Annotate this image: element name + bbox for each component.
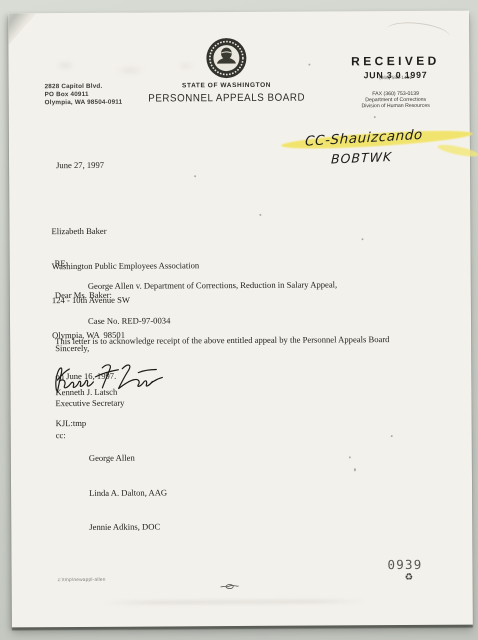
letter-paper: 2828 Capitol Blvd. PO Box 40911 Olympia,… [8,11,473,628]
letterhead-board-name: PERSONNEL APPEALS BOARD [115,91,338,104]
recipient-line: Elizabeth Baker [51,225,199,237]
scan-speck [354,468,356,471]
letterhead-state-line: STATE OF WASHINGTON [107,81,347,89]
received-stamp-title: RECEIVED [329,54,461,69]
recycle-icon: ♻ [405,572,414,583]
footer-file-path: z:\tmp\newappl-allen [58,578,106,583]
scan-streak-bottom [102,599,367,605]
salutation: Dear Ms. Baker: [55,290,112,302]
letterhead-title-block: STATE OF WASHINGTON PERSONNEL APPEALS BO… [107,81,347,104]
scan-smudge-mark [220,578,240,596]
signer-title: Executive Secretary [55,398,124,410]
washington-state-seal-icon [205,37,247,79]
scan-speck [349,456,351,458]
cc-name: Linda A. Dalton, AAG [89,487,167,499]
yellow-highlighter-tail [437,143,478,159]
received-stamp-division: Division of Human Resources [330,103,462,110]
scan-speck [374,116,376,118]
received-stamp: RECEIVED (360) 586-1481 JUN 3 0 1997 FAX… [329,54,461,55]
scanned-letter-page: 2828 Capitol Blvd. PO Box 40911 Olympia,… [0,0,478,640]
letter-date: June 27, 1997 [56,160,104,172]
cc-label: cc: [56,430,66,442]
re-subject-line1: George Allen v. Department of Correction… [88,279,337,292]
scan-speck [259,214,261,216]
scan-speck [362,238,364,240]
scan-speck [391,435,393,437]
re-label: RE: [55,258,68,270]
typist-reference: KJL:tmp [56,418,87,430]
body-line1: This letter is to acknowledge receipt of… [55,334,389,348]
document-number-stamp: 0939 [387,557,422,572]
paper-crease [385,19,451,47]
received-stamp-date: JUN 3 0 1997 [329,70,461,81]
scan-smudge-top [28,54,213,81]
scan-speck [308,64,310,66]
cc-name: Jennie Adkins, DOC [89,521,167,533]
scan-speck [194,175,196,177]
closing: Sincerely, [55,343,89,355]
cc-list: George Allen Linda A. Dalton, AAG Jennie… [89,429,168,556]
cc-name: George Allen [89,452,167,464]
handwritten-note-line2: BOBTWK [331,149,393,167]
paper-corner-fold [8,13,36,45]
